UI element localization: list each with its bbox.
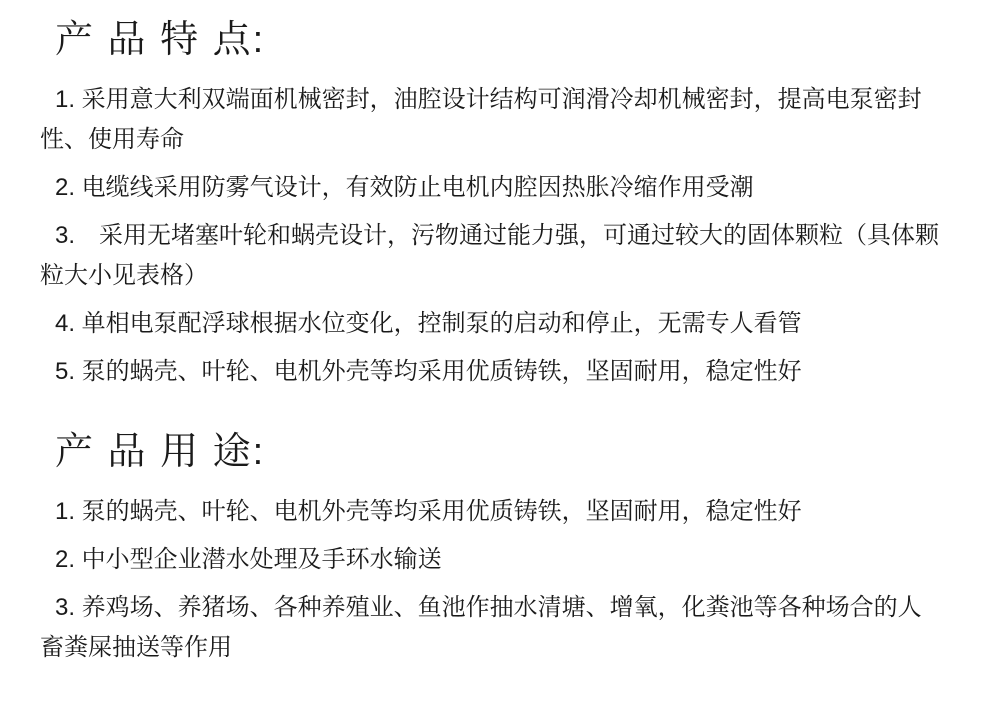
product-uses-section: 产 品 用 途: 1. 泵的蜗壳、叶轮、电机外壳等均采用优质铸铁，坚固耐用，稳定…	[40, 428, 960, 668]
feature-item-3: 3. 采用无堵塞叶轮和蜗壳设计，污物通过能力强，可通过较大的固体颗粒（具体颗粒大…	[40, 216, 940, 296]
feature-item-2: 2. 电缆线采用防雾气设计，有效防止电机内腔因热胀冷缩作用受潮	[40, 168, 940, 208]
product-features-heading: 产 品 特 点:	[40, 16, 960, 64]
feature-item-1: 1. 采用意大利双端面机械密封，油腔设计结构可润滑冷却机械密封，提高电泵密封性、…	[40, 80, 940, 160]
product-uses-heading: 产 品 用 途:	[40, 428, 960, 476]
use-item-3: 3. 养鸡场、养猪场、各种养殖业、鱼池作抽水清塘、增氧，化粪池等各种场合的人畜粪…	[40, 588, 940, 668]
product-features-section: 产 品 特 点: 1. 采用意大利双端面机械密封，油腔设计结构可润滑冷却机械密封…	[40, 16, 960, 392]
feature-item-5: 5. 泵的蜗壳、叶轮、电机外壳等均采用优质铸铁，坚固耐用，稳定性好	[40, 352, 940, 392]
use-item-1: 1. 泵的蜗壳、叶轮、电机外壳等均采用优质铸铁，坚固耐用，稳定性好	[40, 492, 940, 532]
product-description-page: 产 品 特 点: 1. 采用意大利双端面机械密封，油腔设计结构可润滑冷却机械密封…	[0, 0, 1000, 701]
feature-item-4: 4. 单相电泵配浮球根据水位变化，控制泵的启动和停止，无需专人看管	[40, 304, 940, 344]
use-item-2: 2. 中小型企业潜水处理及手环水输送	[40, 540, 940, 580]
